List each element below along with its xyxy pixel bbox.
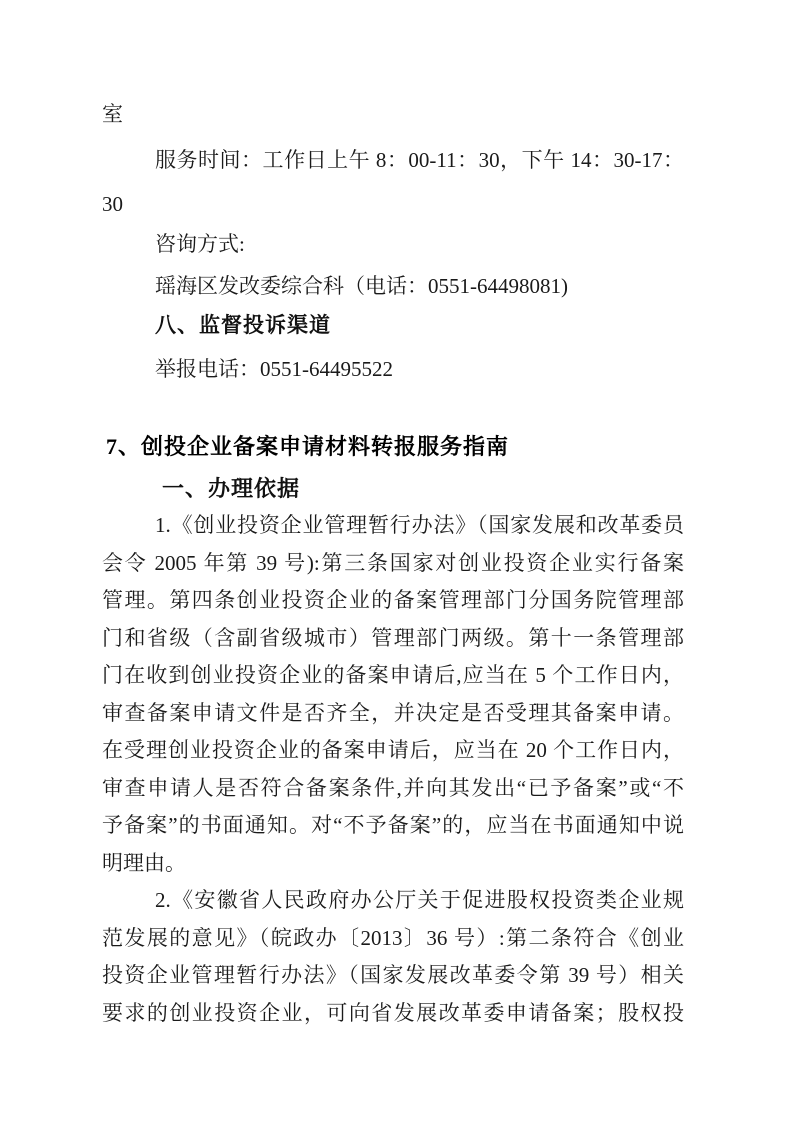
para2-line-3: 投资企业管理暂行办法》（国家发展改革委令第 39 号）相关 xyxy=(102,962,684,989)
section-heading-basis: 一、办理依据 xyxy=(102,475,684,502)
para1-line-6: 审查备案申请文件是否齐全，并决定是否受理其备案申请。 xyxy=(102,700,684,727)
para1-line-2: 会令 2005 年第 39 号):第三条国家对创业投资企业实行备案 xyxy=(102,550,684,577)
guide-title: 7、创投企业备案申请材料转报服务指南 xyxy=(106,433,688,460)
para2-line-1: 2.《安徽省人民政府办公厅关于促进股权投资类企业规 xyxy=(102,887,684,914)
para2-line-4: 要求的创业投资企业，可向省发展改革委申请备案；股权投 xyxy=(102,1000,684,1027)
supervision-complaint-heading: 八、监督投诉渠道 xyxy=(102,312,684,339)
para1-line-4: 门和省级（含副省级城市）管理部门两级。第十一条管理部 xyxy=(102,625,684,652)
para2-line-2: 范发展的意见》（皖政办〔2013〕36 号）:第二条符合《创业 xyxy=(102,925,684,952)
document-page: 室 服务时间：工作日上午 8：00-11：30，下午 14：30-17： 30 … xyxy=(0,0,792,1122)
para1-line-10: 明理由。 xyxy=(102,850,684,877)
para1-line-9: 予备案”的书面通知。对“不予备案”的，应当在书面通知中说 xyxy=(102,812,684,839)
para1-line-3: 管理。第四条创业投资企业的备案管理部门分国务院管理部 xyxy=(102,587,684,614)
consult-contact-line: 瑶海区发改委综合科（电话：0551-64498081) xyxy=(102,273,684,300)
para1-line-5: 门在收到创业投资企业的备案申请后,应当在 5 个工作日内， xyxy=(102,662,684,689)
service-hours-line-1: 服务时间：工作日上午 8：00-11：30，下午 14：30-17： xyxy=(102,147,684,174)
report-phone-line: 举报电话：0551-64495522 xyxy=(102,356,684,383)
service-hours-line-2: 30 xyxy=(102,191,684,218)
para1-line-8: 审查申请人是否符合备案条件,并向其发出“已予备案”或“不 xyxy=(102,775,684,802)
continuation-room-line: 室 xyxy=(102,101,684,128)
para1-line-7: 在受理创业投资企业的备案申请后，应当在 20 个工作日内， xyxy=(102,737,684,764)
consult-method-label: 咨询方式: xyxy=(102,231,684,258)
para1-line-1: 1.《创业投资企业管理暂行办法》（国家发展和改革委员 xyxy=(102,512,684,539)
